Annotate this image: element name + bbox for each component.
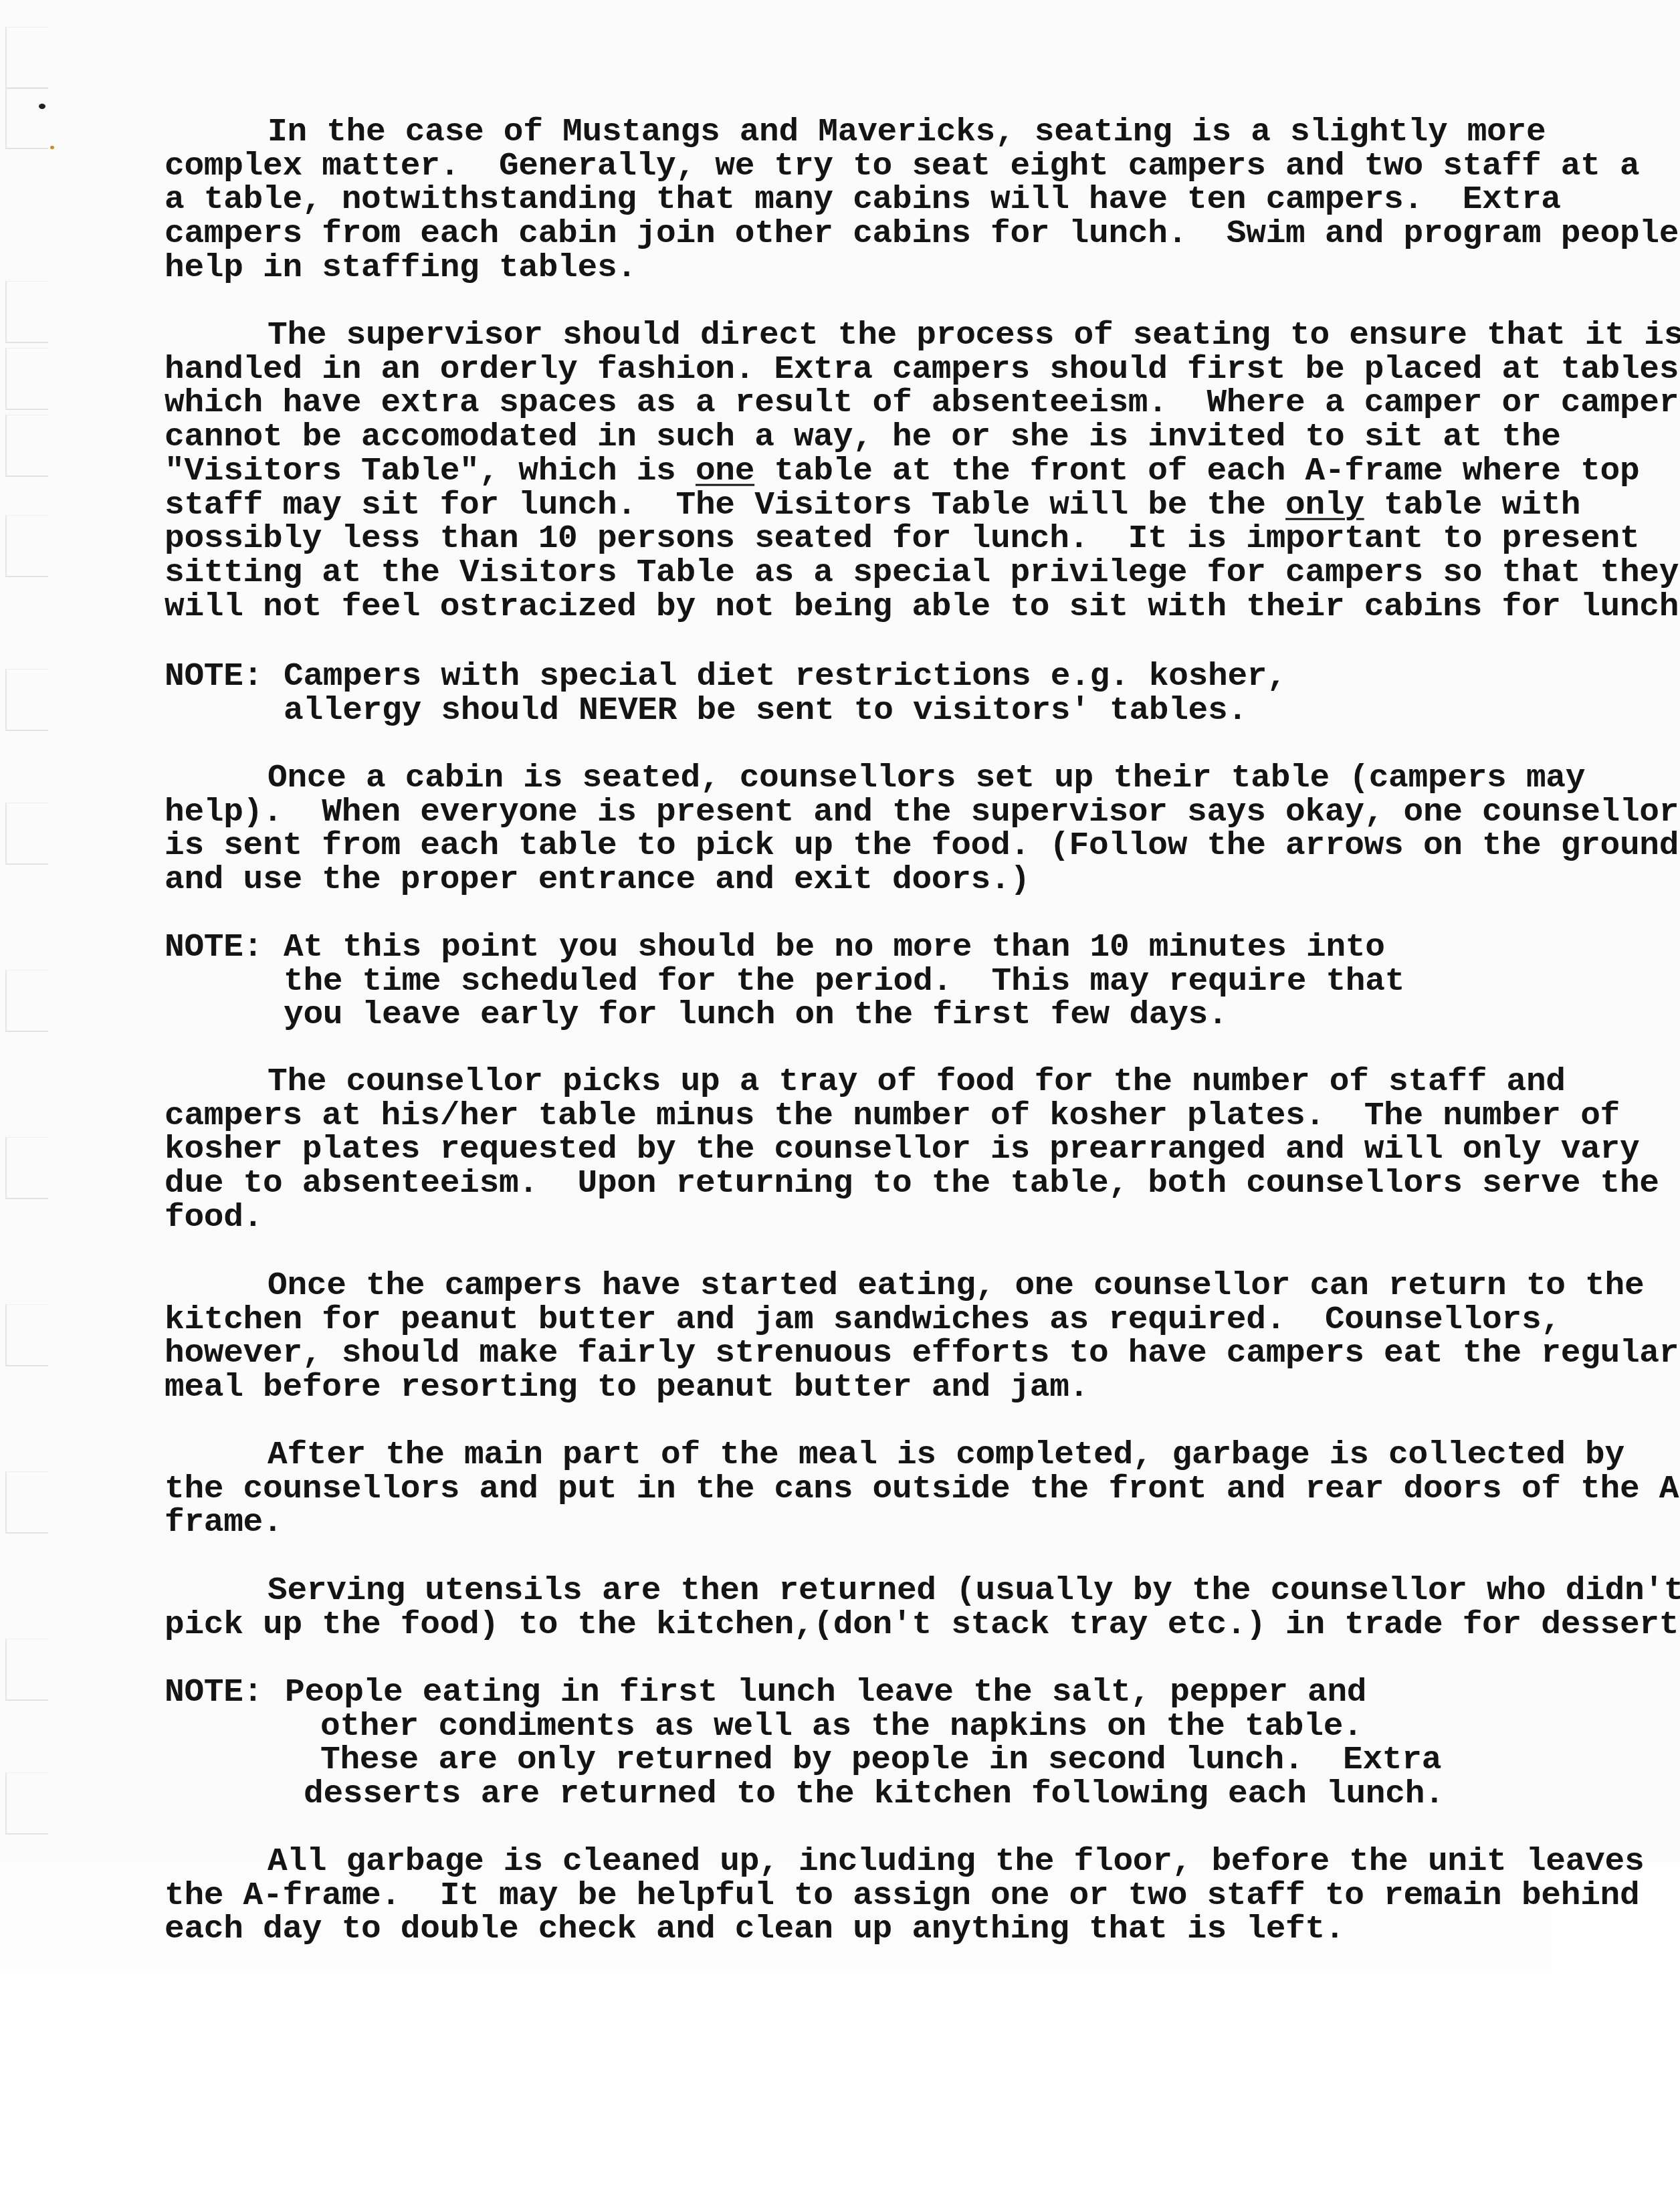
text-line: the counsellors and put in the cans outs… xyxy=(165,1472,1680,1505)
text-line: other condiments as well as the napkins … xyxy=(320,1709,1362,1742)
note-label: NOTE: xyxy=(165,660,263,693)
text-line: and use the proper entrance and exit doo… xyxy=(165,863,1030,896)
note-label: NOTE: xyxy=(165,1676,263,1709)
text-line: which have extra spaces as a result of a… xyxy=(165,387,1680,419)
text-line: the A-frame. It may be helpful to assign… xyxy=(165,1879,1639,1911)
text-line: These are only returned by people in sec… xyxy=(320,1744,1441,1776)
text-line: complex matter. Generally, we try to sea… xyxy=(165,149,1639,182)
text-line: a table, notwithstanding that many cabin… xyxy=(165,183,1561,216)
text-line: you leave early for lunch on the first f… xyxy=(284,999,1227,1031)
text-line: The counsellor picks up a tray of food f… xyxy=(268,1065,1566,1098)
text-line: frame. xyxy=(165,1506,282,1539)
text-line: food. xyxy=(165,1201,263,1233)
text-line: possibly less than 10 persons seated for… xyxy=(165,522,1639,555)
text-line: staff may sit for lunch. The Visitors Ta… xyxy=(165,488,1580,521)
text-line: sitting at the Visitors Table as a speci… xyxy=(165,556,1679,589)
text-line: desserts are returned to the kitchen fol… xyxy=(304,1778,1444,1810)
text-line: kosher plates requested by the counsello… xyxy=(165,1133,1639,1166)
text-line: handled in an orderly fashion. Extra cam… xyxy=(165,352,1679,385)
underlined-emphasis: one xyxy=(696,452,754,489)
text-line: "Visitors Table", which is one table at … xyxy=(165,454,1639,487)
underlined-emphasis: only xyxy=(1285,486,1364,523)
text-line: pick up the food) to the kitchen,(don't … xyxy=(165,1608,1680,1641)
document-page: In the case of Mustangs and Mavericks, s… xyxy=(0,0,1680,2191)
text-line: Once the campers have started eating, on… xyxy=(268,1269,1644,1302)
text-line: Campers with special diet restrictions e… xyxy=(284,660,1287,693)
text-line: Once a cabin is seated, counsellors set … xyxy=(268,762,1585,795)
text-line: the time scheduled for the period. This … xyxy=(284,964,1404,997)
text-line: In the case of Mustangs and Mavericks, s… xyxy=(268,116,1546,148)
text-line: help). When everyone is present and the … xyxy=(165,795,1679,828)
text-line: each day to double check and clean up an… xyxy=(165,1913,1344,1946)
text-line: At this point you should be no more than… xyxy=(284,931,1385,964)
text-line: campers from each cabin join other cabin… xyxy=(165,217,1679,250)
text-line: People eating in first lunch leave the s… xyxy=(285,1676,1366,1709)
text-line: help in staffing tables. xyxy=(165,251,637,284)
text-line: kitchen for peanut butter and jam sandwi… xyxy=(165,1303,1561,1336)
text-line: will not feel ostracized by not being ab… xyxy=(165,590,1680,623)
text-line: The supervisor should direct the process… xyxy=(268,319,1680,352)
text-line: due to absenteeism. Upon returning to th… xyxy=(165,1167,1659,1200)
text-line: Serving utensils are then returned (usua… xyxy=(268,1574,1680,1607)
text-line: All garbage is cleaned up, including the… xyxy=(268,1845,1644,1878)
text-line: cannot be accomodated in such a way, he … xyxy=(165,421,1561,453)
text-line: allergy should NEVER be sent to visitors… xyxy=(284,694,1247,726)
text-line: however, should make fairly strenuous ef… xyxy=(165,1337,1679,1370)
text-line: meal before resorting to peanut butter a… xyxy=(165,1371,1089,1404)
text-line: campers at his/her table minus the numbe… xyxy=(165,1099,1620,1132)
text-line: is sent from each table to pick up the f… xyxy=(165,829,1679,862)
note-label: NOTE: xyxy=(165,931,263,964)
text-line: After the main part of the meal is compl… xyxy=(268,1439,1624,1471)
